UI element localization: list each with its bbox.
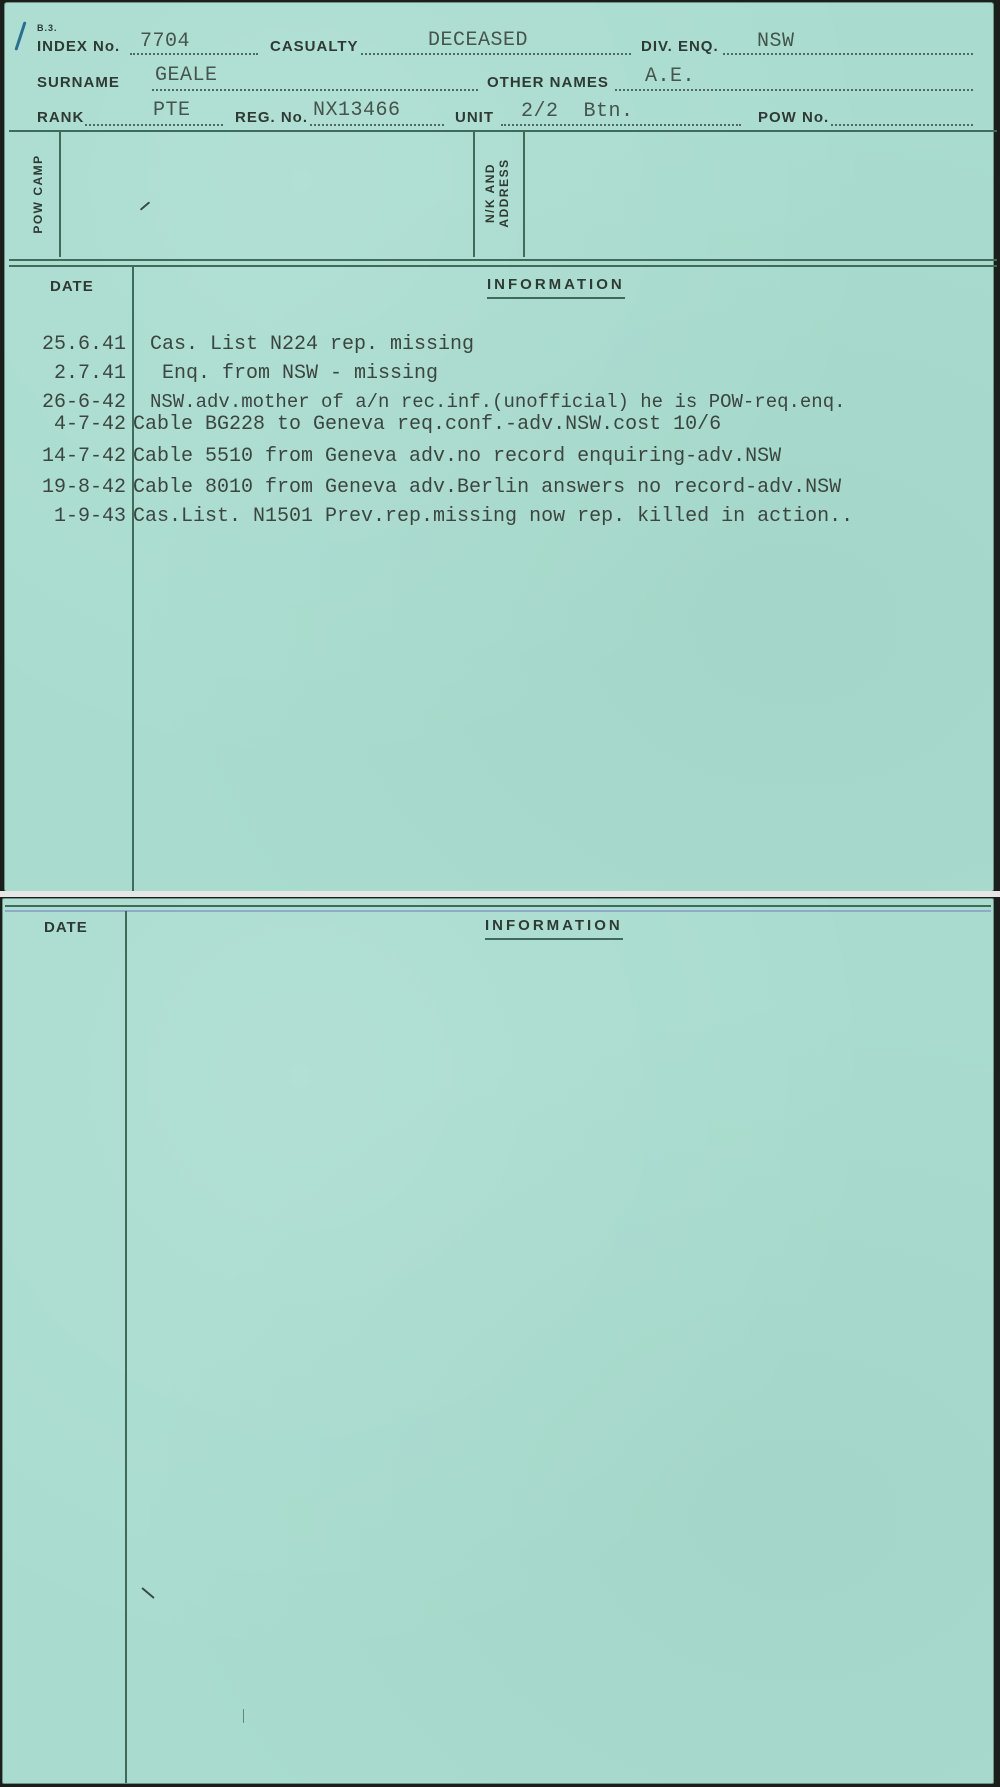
index-no-line: [130, 53, 258, 55]
nk-address-label-line2: ADDRESS: [497, 148, 511, 238]
date-header: DATE: [50, 278, 94, 295]
rank-line: [85, 124, 223, 126]
unit-line: [501, 124, 741, 126]
back-date-header: DATE: [44, 919, 88, 936]
pow-camp-field[interactable]: [62, 133, 472, 256]
entry-date: 2.7.41: [54, 362, 126, 385]
surname-label: SURNAME: [37, 74, 120, 91]
unit-value[interactable]: 2/2 Btn.: [521, 100, 634, 123]
entry-info: Cable BG228 to Geneva req.conf.-adv.NSW.…: [133, 413, 721, 436]
entry-info: Cas. List N224 rep. missing: [150, 333, 474, 356]
nk-left-divider: [473, 131, 475, 257]
entry-date: 25.6.41: [42, 333, 126, 356]
other-names-label: OTHER NAMES: [487, 74, 609, 91]
reg-no-label: REG. No.: [235, 109, 308, 126]
pen-tick-mark: [14, 21, 26, 50]
other-names-value[interactable]: A.E.: [645, 65, 695, 88]
nk-address-field[interactable]: [527, 133, 995, 256]
information-header: INFORMATION: [487, 276, 625, 299]
back-pencil-mark-2: [243, 1709, 244, 1723]
surname-value[interactable]: GEALE: [155, 64, 218, 87]
entry-info: Cable 8010 from Geneva adv.Berlin answer…: [133, 476, 841, 499]
entry-date: 4-7-42: [54, 413, 126, 436]
other-names-line: [615, 89, 973, 91]
unit-label: UNIT: [455, 109, 494, 126]
entry-date: 1-9-43: [54, 505, 126, 528]
pow-camp-divider: [59, 131, 61, 257]
entry-info: Enq. from NSW - missing: [150, 362, 438, 385]
card-back: DATE INFORMATION: [2, 898, 994, 1784]
back-top-rule-upper: [5, 905, 991, 907]
rank-value[interactable]: PTE: [153, 99, 191, 122]
pow-no-line: [831, 124, 973, 126]
entry-info: Cable 5510 from Geneva adv.no record enq…: [133, 445, 781, 468]
back-top-rule-lower: [5, 910, 991, 912]
surname-line: [152, 89, 478, 91]
div-enq-label: DIV. ENQ.: [641, 38, 719, 55]
card-front: B.3. INDEX No. 7704 CASUALTY DECEASED DI…: [4, 2, 994, 892]
nk-right-divider: [523, 131, 525, 257]
pow-camp-label: POW CAMP: [31, 149, 45, 239]
rule-top-boxes: [9, 130, 997, 132]
index-no-label: INDEX No.: [37, 38, 120, 55]
reg-no-value[interactable]: NX13466: [313, 99, 401, 122]
reg-no-line: [310, 124, 444, 126]
index-no-value[interactable]: 7704: [140, 30, 190, 53]
rank-label: RANK: [37, 109, 84, 126]
casualty-label: CASUALTY: [270, 38, 359, 55]
div-enq-line: [723, 53, 973, 55]
entry-info: NSW.adv.mother of a/n rec.inf.(unofficia…: [150, 391, 846, 413]
back-information-header: INFORMATION: [485, 917, 623, 940]
nk-address-label-line1: N/K AND: [483, 148, 497, 238]
date-column-divider: [132, 267, 134, 891]
div-enq-value[interactable]: NSW: [757, 30, 795, 53]
pow-no-label: POW No.: [758, 109, 829, 126]
form-code: B.3.: [37, 23, 58, 33]
casualty-value[interactable]: DECEASED: [428, 29, 528, 52]
entry-date: 19-8-42: [42, 476, 126, 499]
back-date-column-divider: [125, 911, 127, 1783]
casualty-line: [361, 53, 631, 55]
nk-address-label: N/K AND ADDRESS: [483, 148, 513, 238]
entry-date: 26-6-42: [42, 391, 126, 414]
double-rule-lower: [9, 265, 997, 267]
double-rule-upper: [9, 259, 997, 261]
card-separator: [0, 891, 1000, 897]
entry-date: 14-7-42: [42, 445, 126, 468]
back-info-area[interactable]: [129, 949, 989, 1779]
entry-info: Cas.List. N1501 Prev.rep.missing now rep…: [133, 505, 853, 528]
